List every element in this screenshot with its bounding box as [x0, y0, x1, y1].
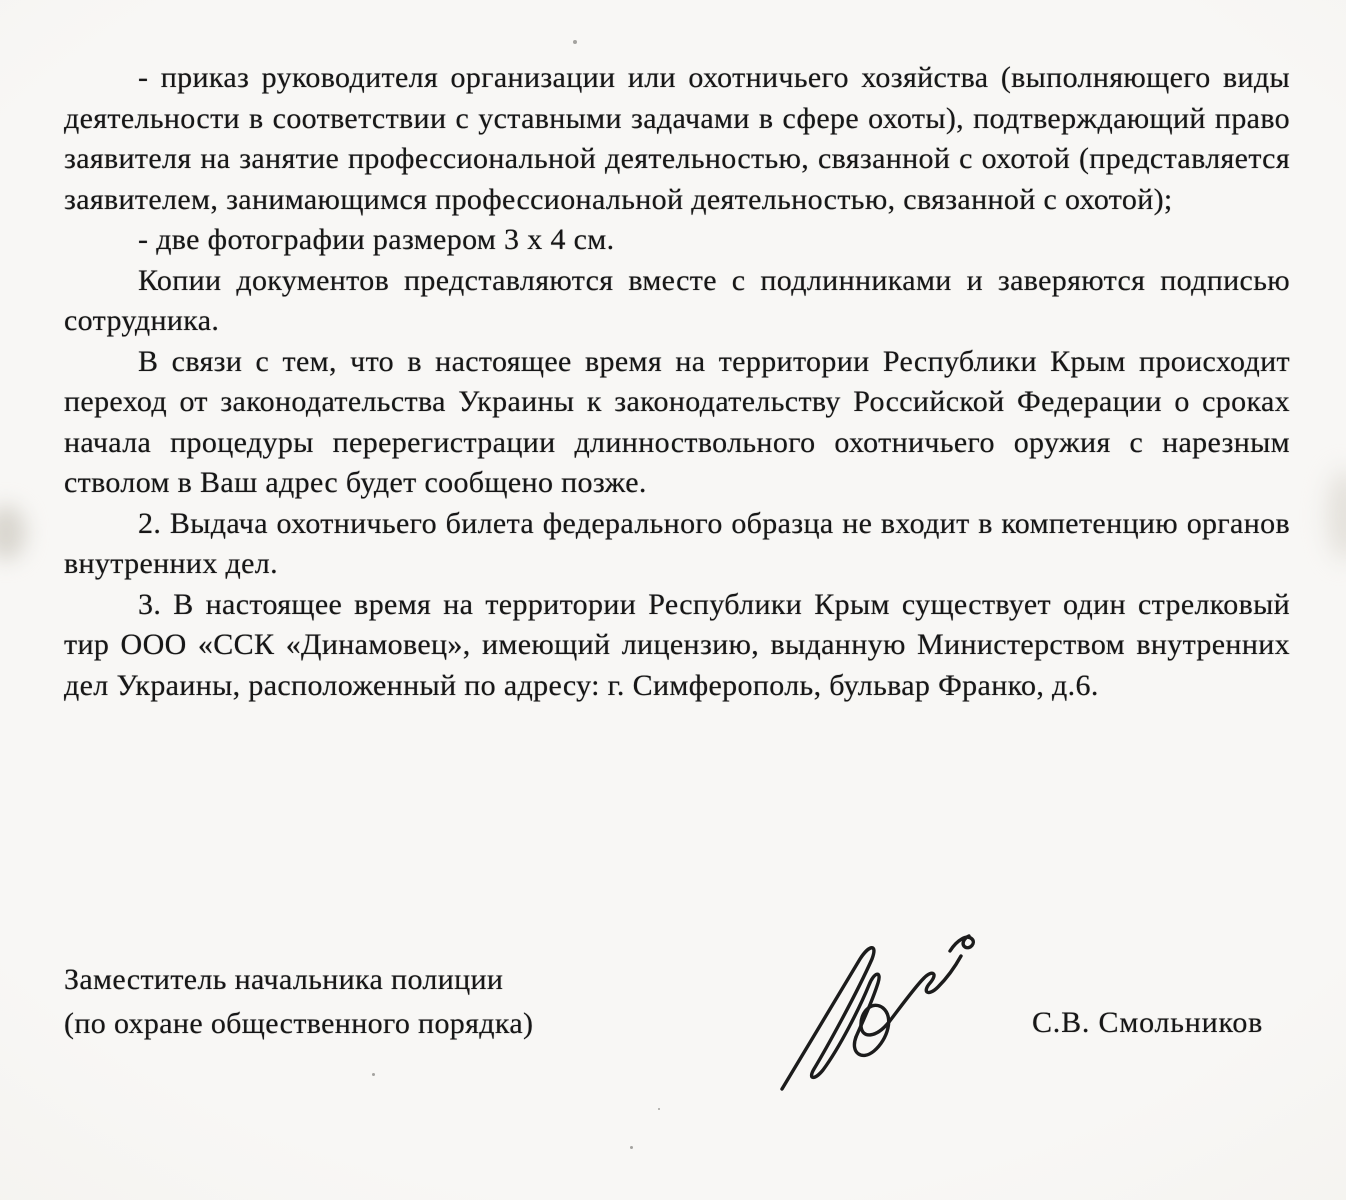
signer-position: Заместитель начальника полиции (по охран… — [64, 958, 533, 1046]
scan-speck — [658, 1108, 660, 1110]
paragraph-order-of-head: - приказ руководителя организации или ох… — [64, 58, 1290, 220]
signer-name: С.В. Смольников — [1032, 1006, 1263, 1040]
signer-position-line-2: (по охране общественного порядка) — [64, 1002, 533, 1046]
signer-position-line-1: Заместитель начальника полиции — [64, 958, 533, 1002]
paragraph-crimea-transition: В связи с тем, что в настоящее время на … — [64, 342, 1290, 504]
paragraph-two-photos: - две фотографии размером 3 х 4 см. — [64, 220, 1290, 261]
scan-speck — [630, 1146, 633, 1149]
paragraph-item-2-hunting-ticket: 2. Выдача охотничьего билета федеральног… — [64, 504, 1290, 585]
scan-shade-right — [1328, 470, 1346, 560]
scanned-letter-page: - приказ руководителя организации или ох… — [0, 0, 1346, 1200]
scan-speck — [573, 40, 577, 44]
handwritten-signature-icon — [770, 925, 995, 1100]
scan-smudge-left — [0, 505, 26, 560]
paragraph-item-3-shooting-range: 3. В настоящее время на территории Респу… — [64, 585, 1290, 707]
paragraph-copies-certified: Копии документов представляются вместе с… — [64, 261, 1290, 342]
letter-body: - приказ руководителя организации или ох… — [64, 58, 1290, 706]
scan-speck — [372, 1073, 375, 1076]
